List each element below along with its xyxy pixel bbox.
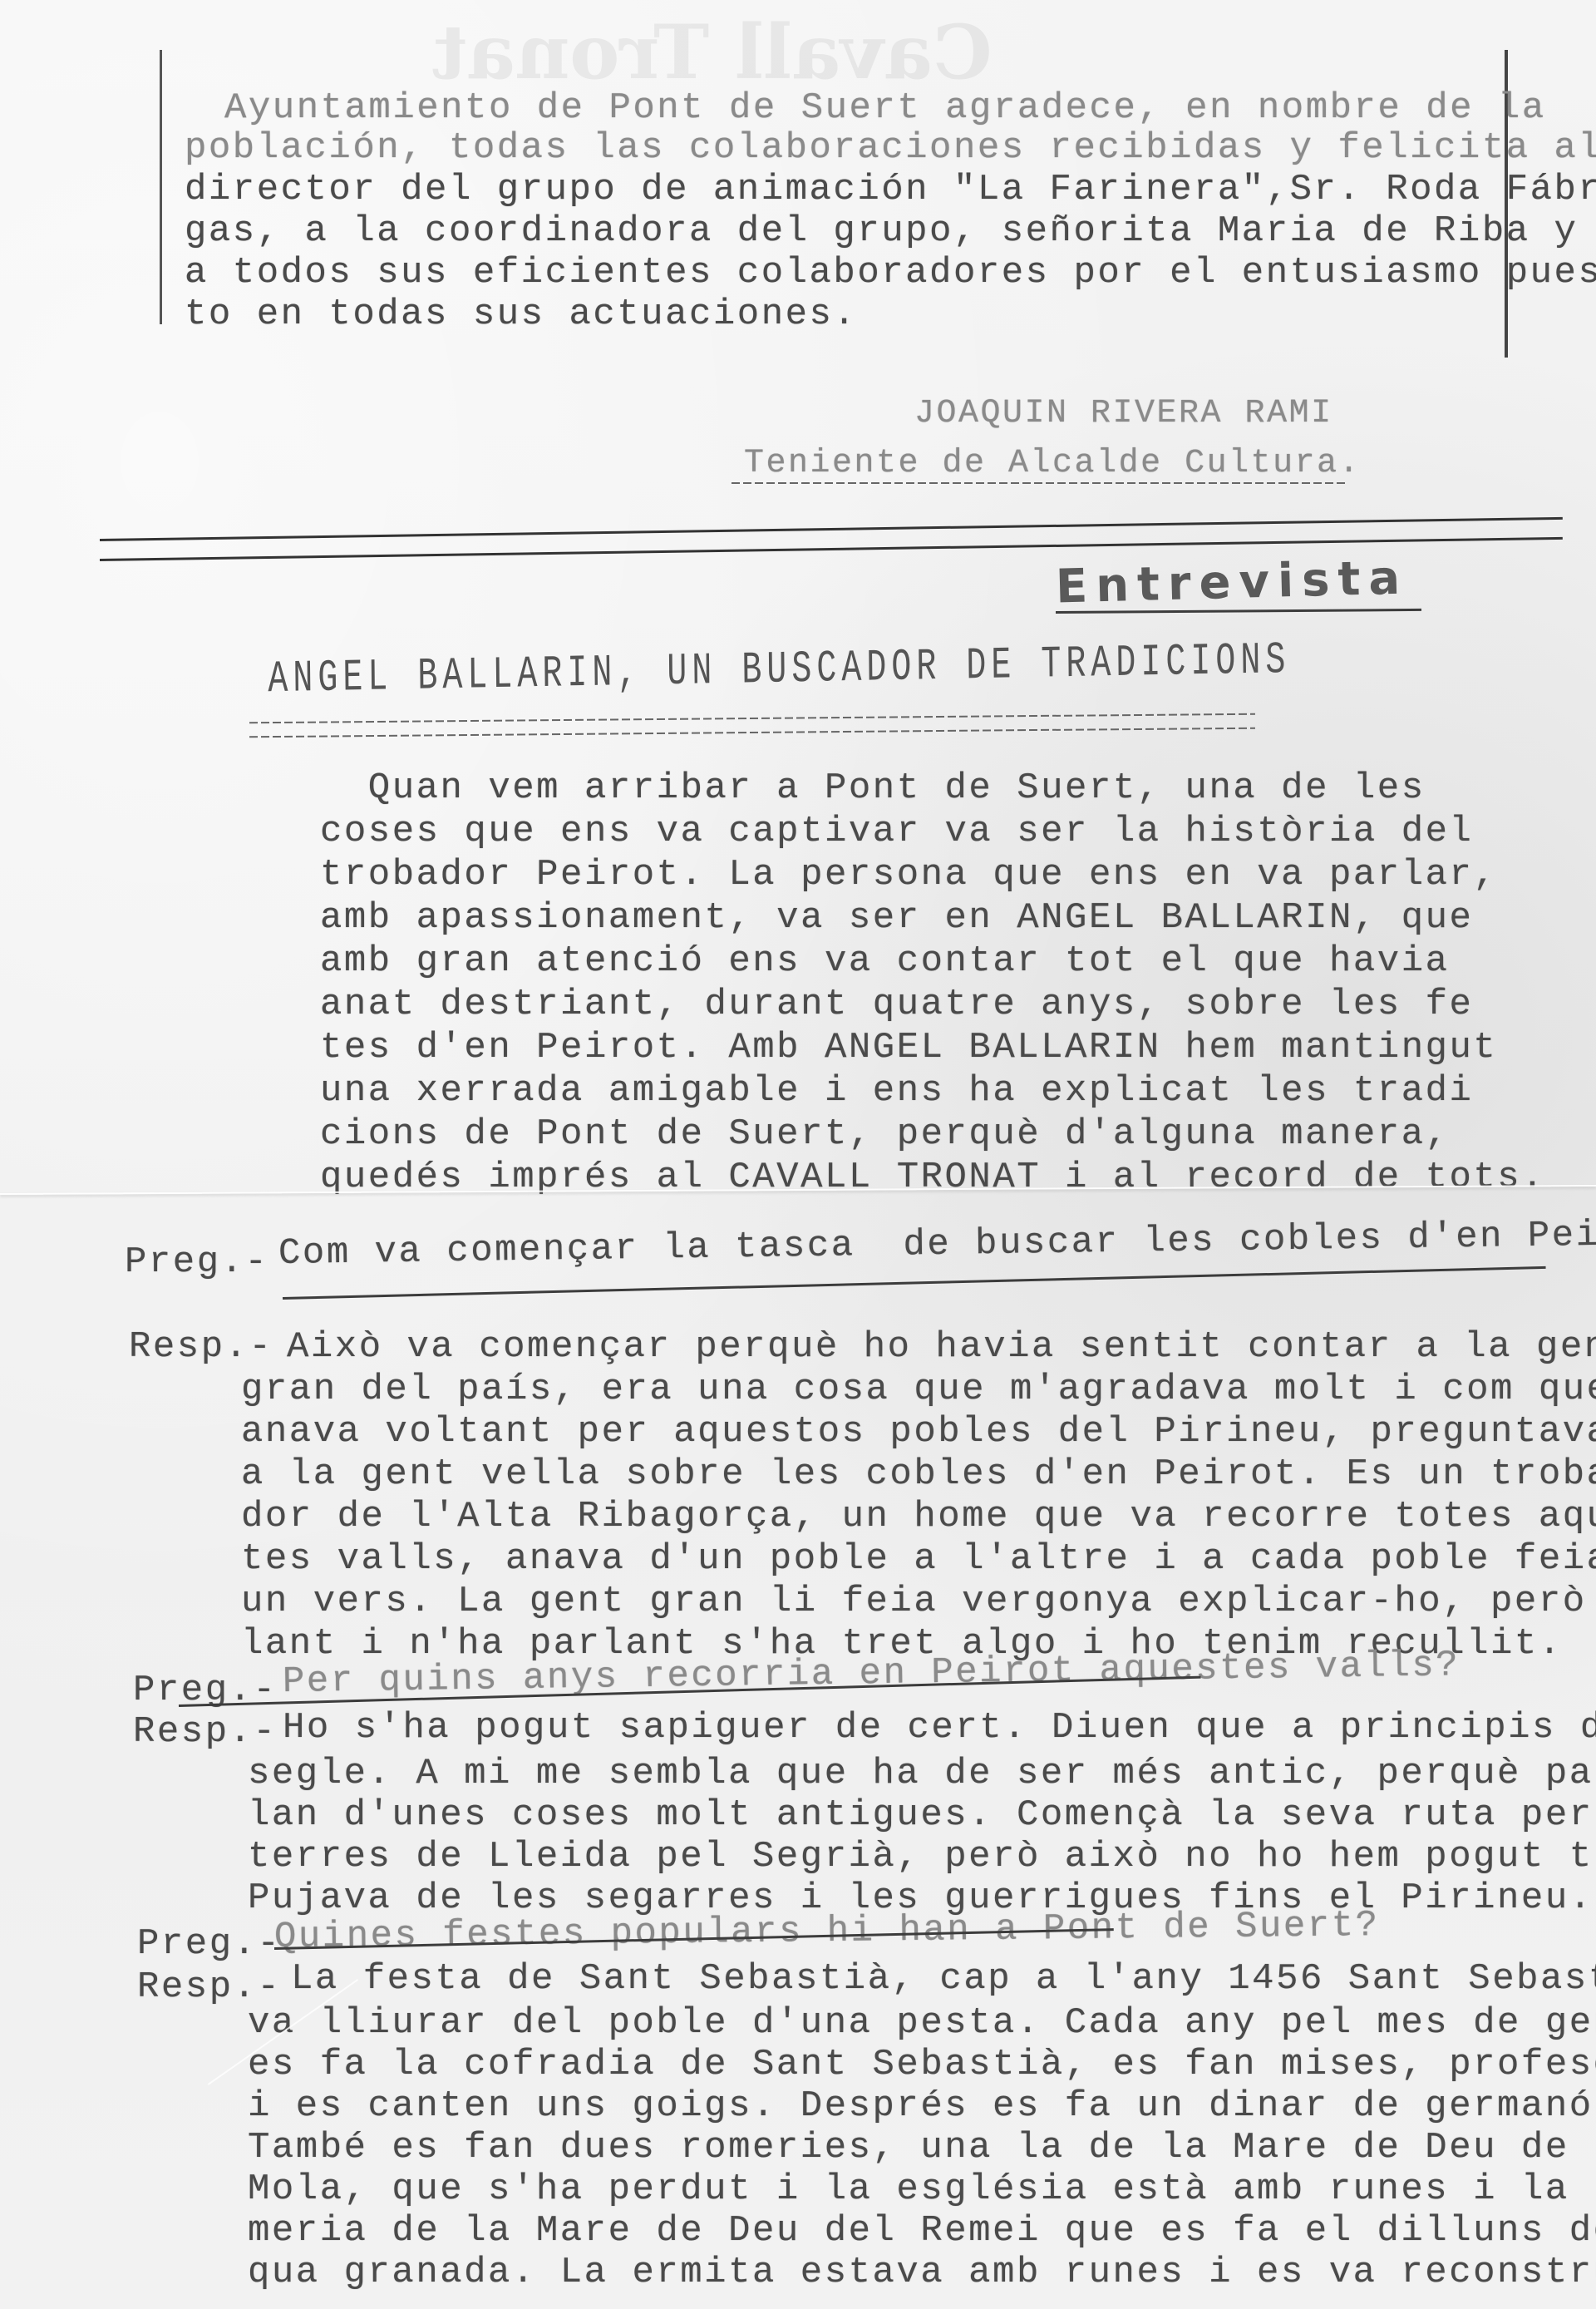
article-title-underline [249,713,1255,724]
notice-line: director del grupo de animación "La Fari… [185,166,1596,213]
signature-title: Teniente de Alcalde Cultura. [744,441,1361,487]
question-label: Preg.- [125,1239,268,1285]
question-label: Preg.- [137,1921,281,1967]
answer-line: També es fan dues romeries, una la de la… [248,2124,1596,2171]
answer-line: i es canten uns goigs. Després es fa un … [248,2083,1596,2129]
intro-line: Quan vem arribar a Pont de Suert, una de… [320,765,1426,812]
answer-line: lan d'unes coses molt antigues. Començà … [248,1792,1596,1838]
bleed-through-masthead: Cavall Tronat [432,8,992,96]
section-divider-top [100,517,1563,541]
intro-line: tes d'en Peirot. Amb ANGEL BALLARIN hem … [320,1024,1497,1071]
intro-line: coses que ens va captivar va ser la hist… [320,808,1473,855]
answer-line: va lliurar del poble d'una pesta. Cada a… [248,2000,1596,2046]
notice-line: to en todas sus actuaciones. [185,291,857,338]
signature-name: JOAQUIN RIVERA RAMI [914,391,1333,437]
signature-underline [731,482,1347,484]
answer-line: meria de la Mare de Deu del Remei que es… [248,2208,1596,2254]
answer-line: La festa de Sant Sebastià, cap a l'any 1… [291,1956,1596,2002]
answer-line: qua granada. La ermita estava amb runes … [248,2249,1596,2296]
intro-line: amb apassionament, va ser en ANGEL BALLA… [320,895,1473,941]
answer-line: un vers. La gent gran li feia vergonya e… [241,1578,1596,1625]
intro-line: amb gran atenció ens va contar tot el qu… [320,938,1450,984]
intro-line: quedés imprés al CAVALL TRONAT i al reco… [320,1154,1545,1201]
answer-line: es fa la cofradia de Sant Sebastià, es f… [248,2041,1596,2088]
answer-line: a la gent vella sobre les cobles d'en Pe… [241,1451,1596,1497]
notice-line: gas, a la coordinadora del grupo, señori… [185,208,1578,254]
intro-line: trobador Peirot. La persona que ens en v… [320,851,1497,898]
question-label: Preg.- [133,1667,277,1714]
answer-line: tes valls, anava d'un poble a l'altre i … [241,1536,1596,1582]
answer-label: Resp.- [133,1709,277,1755]
answer-line: gran del país, era una cosa que m'agrada… [241,1366,1596,1413]
answer-line: terres de Lleida pel Segrià, però això n… [248,1833,1596,1880]
section-label: Entrevista [1055,550,1409,614]
article-title: ANGEL BALLARIN, UN BUSCADOR DE TRADICION… [268,636,1291,706]
answer-line: Això va començar perquè ho havia sentit … [287,1324,1596,1370]
intro-line: una xerrada amigable i ens ha explicat l… [320,1068,1473,1114]
article-title-underline-2 [249,728,1255,738]
answer-line: Mola, que s'ha perdut i la església està… [248,2166,1596,2213]
notice-box-left-border [160,50,162,324]
notice-line: población, todas las colaboraciones reci… [185,125,1596,171]
question-text: Com va començar la tasca de buscar les c… [278,1211,1596,1277]
answer-label: Resp.- [129,1324,273,1370]
answer-line: segle. A mi me sembla que ha de ser més … [248,1750,1596,1797]
notice-line: a todos sus eficientes colaboradores por… [185,249,1596,296]
answer-line: dor de l'Alta Ribagorça, un home que va … [241,1493,1596,1540]
intro-line: cions de Pont de Suert, perquè d'alguna … [320,1111,1450,1157]
answer-line: anava voltant per aquestos pobles del Pi… [241,1409,1596,1455]
intro-line: anat destriant, durant quatre anys, sobr… [320,981,1473,1028]
answer-line: Ho s'ha pogut sapiguer de cert. Diuen qu… [283,1705,1596,1751]
scanned-page: Cavall Tronat Ayuntamiento de Pont de Su… [0,0,1596,2309]
